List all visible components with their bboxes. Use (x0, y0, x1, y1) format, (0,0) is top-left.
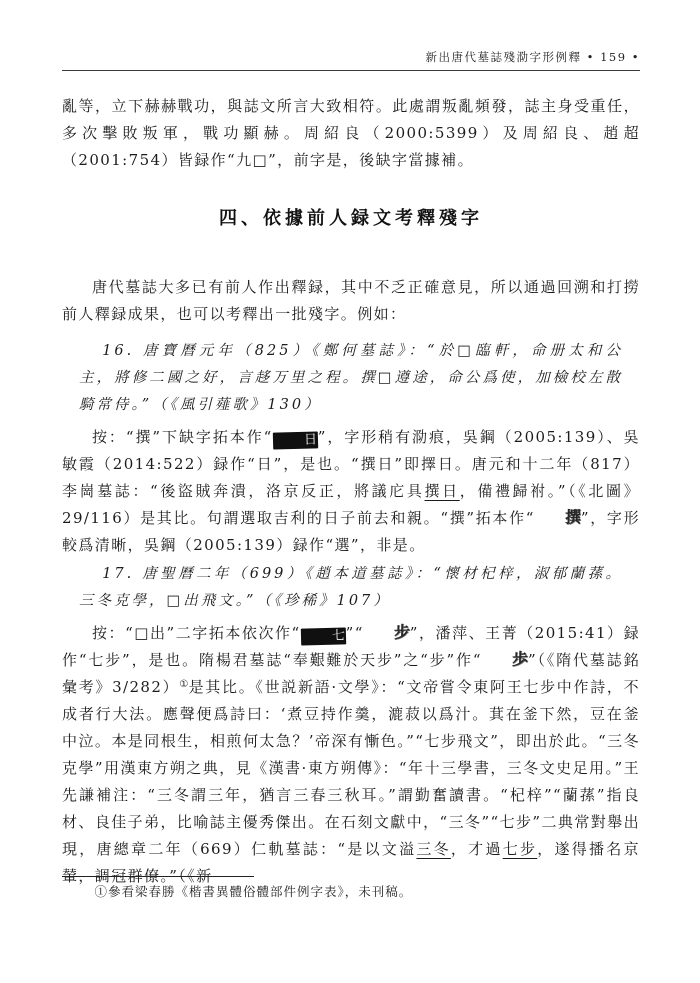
page-body: 亂等，立下赫赫戰功，與誌文所言大致相符。此處謂叛亂頻發，誌主身受重任，多次擊敗叛… (62, 93, 640, 890)
paper-page: 新出唐代墓誌殘泐字形例釋 • 159 • 亂等，立下赫赫戰功，與誌文所言大致相符… (0, 0, 700, 983)
footnote-area: ①參看梁春勝《楷書異體俗體部件例字表》，未刊稿。 (62, 876, 640, 901)
section-heading: 四、依據前人録文考釋殘字 (62, 204, 640, 230)
footnote-marker: ① (95, 884, 109, 899)
quote-epitaph-16: 16. 唐寶曆元年（825）《鄭何墓誌》：“於□臨軒，命册太和公主，將修二國之好… (62, 338, 640, 419)
rubbing-glyph-qi-icon: 七 (300, 627, 345, 645)
underlined-term-qibu: 七步 (503, 840, 538, 858)
analysis17-text-5: 是其比。《世説新語·文學》：“文帝嘗令東阿王七步中作詩，不成者行大法。應聲便爲詩… (62, 678, 640, 858)
paragraph-continuation: 亂等，立下赫赫戰功，與誌文所言大致相符。此處謂叛亂頻發，誌主身受重任，多次擊敗叛… (62, 93, 640, 174)
underlined-term-zhuanri: 撰日 (424, 482, 459, 500)
analysis17-text-6: ，才過 (451, 840, 503, 858)
rubbing-glyph-bu-icon: 步 (364, 624, 410, 642)
running-header: 新出唐代墓誌殘泐字形例釋 • 159 • (62, 50, 640, 71)
paragraph-analysis-16: 按：“撰”下缺字拓本作“日”，字形稍有泐痕，吳鋼（2005:139）、吳敏霞（2… (62, 424, 640, 559)
quote-epitaph-17: 17. 唐聖曆二年（699）《趙本道墓誌》：“懷材杞梓，淑郁蘭蓀。三冬克學，□出… (62, 561, 640, 615)
underlined-term-sandong: 三冬 (416, 840, 451, 858)
rubbing-glyph-zhuan-icon: 撰 (535, 509, 581, 527)
paragraph-intro: 唐代墓誌大多已有前人作出釋録，其中不乏正確意見，所以通過回溯和打撈前人釋録成果，… (62, 274, 640, 328)
analysis16-text-1: 按：“撰”下缺字拓本作“ (92, 428, 273, 446)
analysis17-text-1: 按：“□出”二字拓本依次作“ (92, 624, 301, 642)
rubbing-glyph-bu-variant-icon: 歩 (482, 651, 528, 669)
footnote-body-text: 參看梁春勝《楷書異體俗體部件例字表》，未刊稿。 (108, 884, 412, 899)
footnote-separator-rule (62, 876, 254, 877)
running-header-text: 新出唐代墓誌殘泐字形例釋 • 159 • (426, 50, 640, 64)
analysis17-text-2: ”“ (346, 624, 364, 642)
paragraph-analysis-17: 按：“□出”二字拓本依次作“七”“步”，潘萍、王菁（2015:41）録作“七步”… (62, 620, 640, 890)
footnote-reference-1: ① (179, 679, 188, 690)
footnote-1: ①參看梁春勝《楷書異體俗體部件例字表》，未刊稿。 (62, 883, 640, 901)
rubbing-glyph-ri-icon: 日 (272, 431, 317, 449)
